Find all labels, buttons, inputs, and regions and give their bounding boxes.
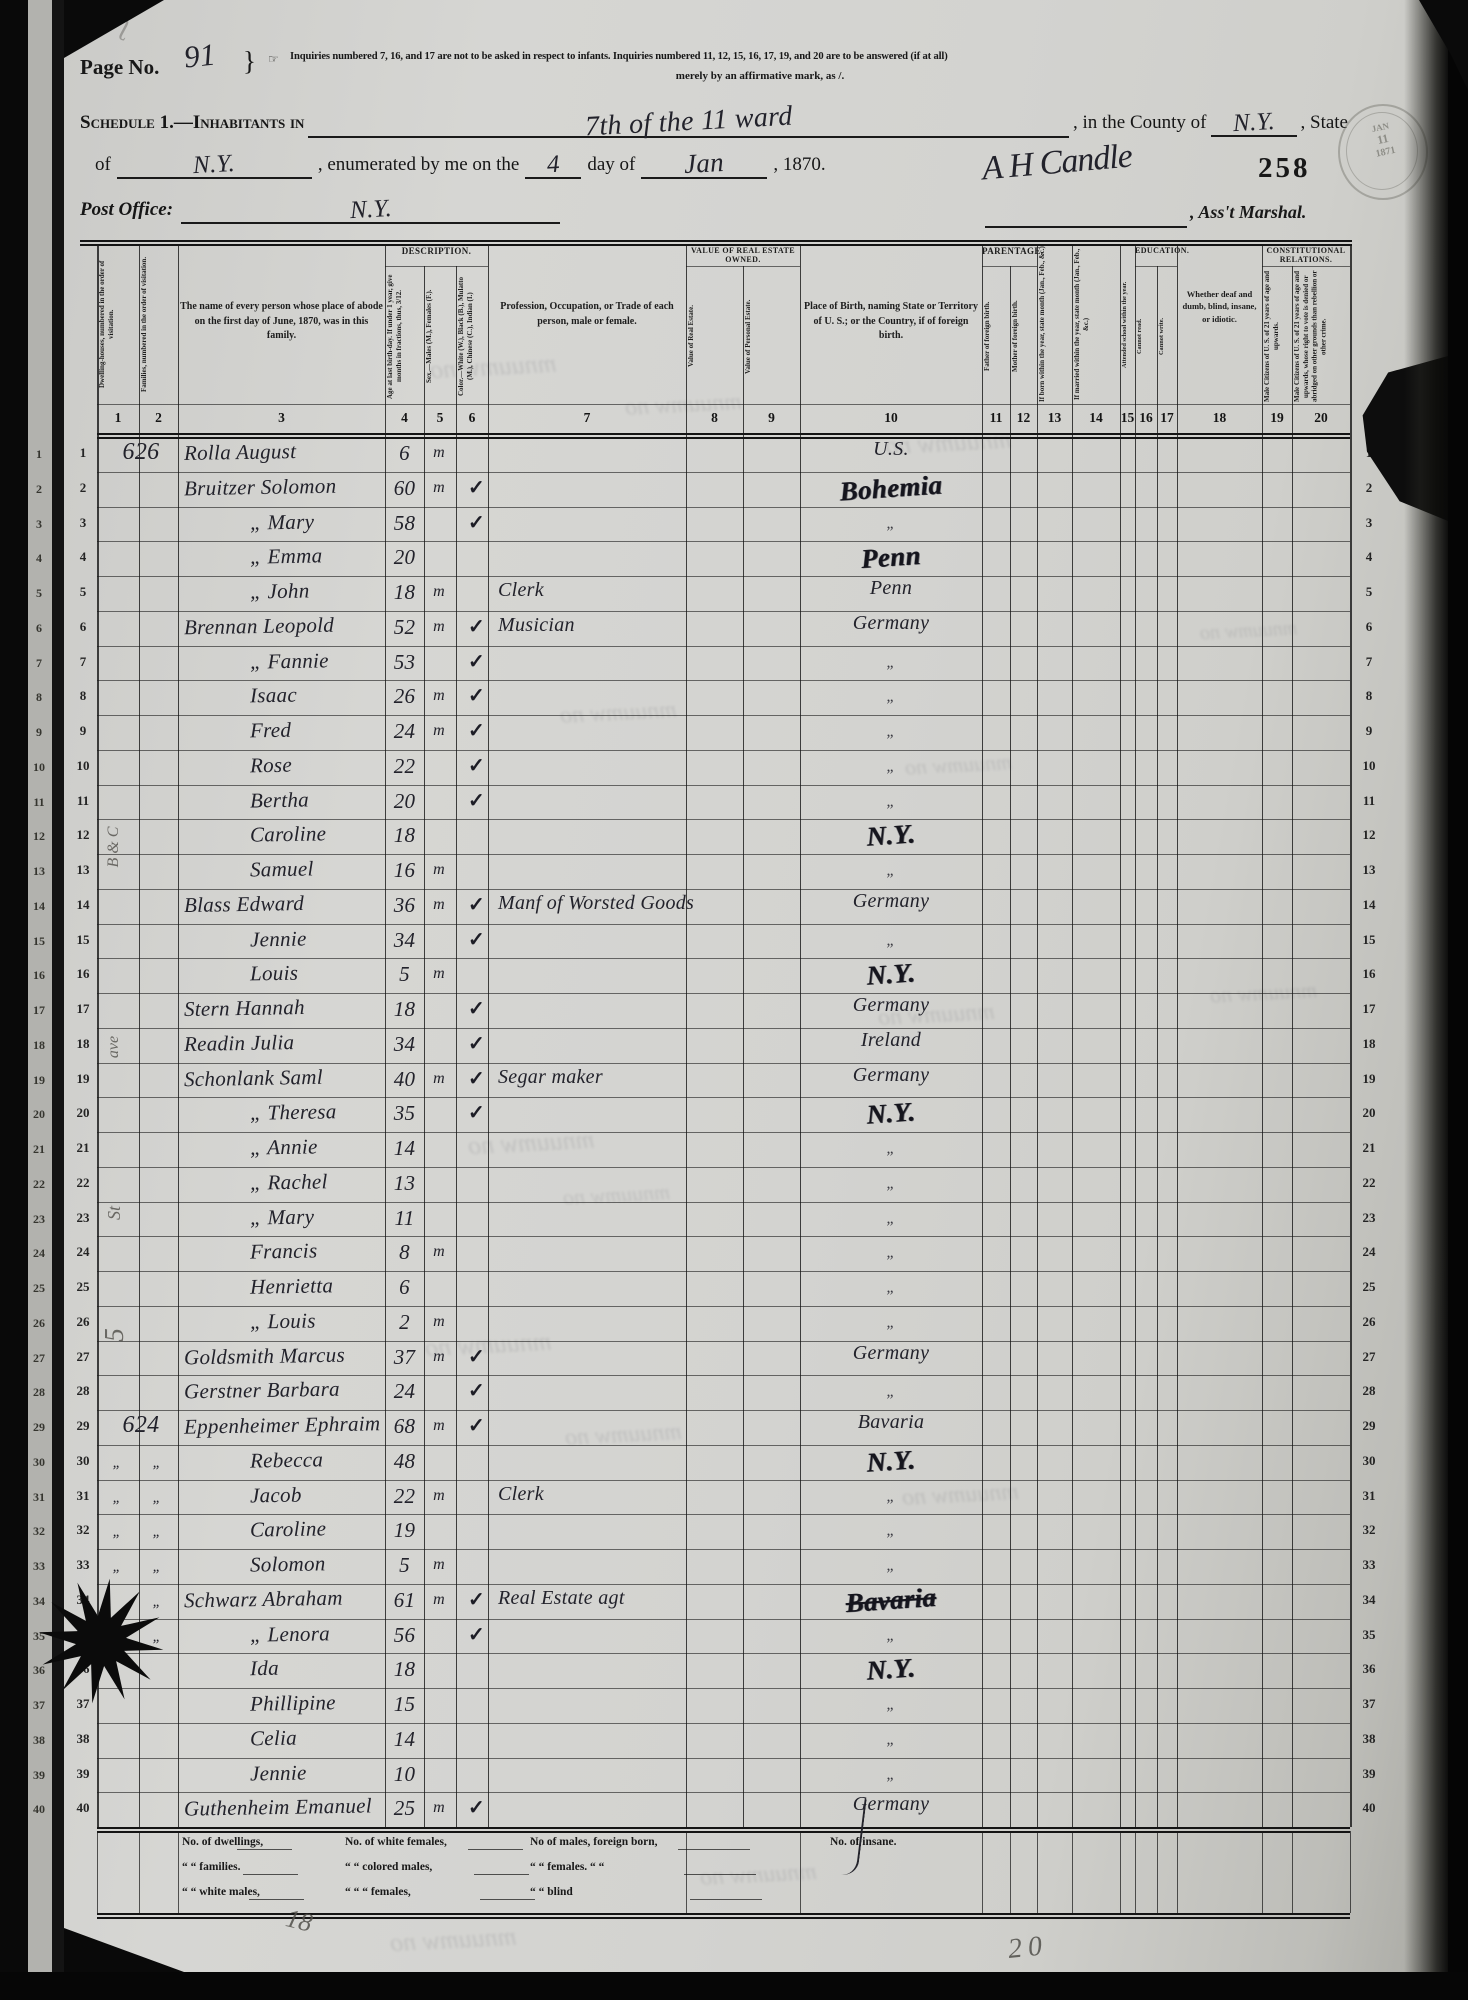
table-rule: [97, 1723, 1350, 1724]
column-number: 19: [1262, 410, 1292, 426]
sliver-row-number: 19: [29, 1073, 49, 1088]
column-number: 10: [800, 410, 982, 426]
footer-tally-blank: [237, 1849, 292, 1850]
cell-age: 25: [385, 1796, 424, 1821]
sliver-row-number: 34: [29, 1594, 49, 1609]
day-blank: 4: [525, 149, 581, 179]
cell-age: 15: [385, 1692, 424, 1717]
row-number-left: 7: [72, 654, 94, 670]
cell-name: Goldsmith Marcus: [184, 1342, 345, 1370]
sliver-row-number: 13: [29, 864, 49, 879]
column-number: 7: [488, 410, 686, 426]
cell-birthplace: „: [802, 1696, 980, 1714]
sliver-row-number: 32: [29, 1524, 49, 1539]
cell-sex: m: [424, 1556, 454, 1574]
cell-birthplace: „: [802, 758, 980, 776]
cell-name: Jacob: [250, 1482, 302, 1508]
sliver-row-number: 15: [29, 934, 49, 949]
signature-rule: [985, 226, 1187, 228]
cell-age: 16: [385, 858, 424, 883]
cell-dwelling: „: [106, 1490, 128, 1507]
table-rule: [97, 1792, 1350, 1793]
table-rule: [97, 1375, 1350, 1376]
cell-checkmark: ✓: [468, 753, 492, 778]
column-header: Age at last birth-day. If under 1 year, …: [386, 270, 423, 403]
margin-street-note: ave: [79, 1017, 149, 1077]
row-number-right: 30: [1356, 1453, 1382, 1469]
cell-name: Solomon: [250, 1551, 326, 1577]
cell-age: 18: [385, 823, 424, 848]
row-number-right: 10: [1356, 758, 1382, 774]
cell-sex: m: [424, 618, 454, 636]
cell-age: 58: [385, 511, 424, 536]
column-line: [743, 266, 744, 1827]
row-number-right: 19: [1356, 1071, 1382, 1087]
table-rule: [97, 785, 1350, 786]
month-value: Jan: [684, 147, 725, 180]
schedule-label: Schedule 1.—Inhabitants in: [80, 112, 304, 134]
cell-age: 60: [385, 476, 424, 501]
row-number-right: 26: [1356, 1314, 1382, 1330]
column-line: [1010, 266, 1011, 1827]
cell-checkmark: ✓: [468, 1413, 492, 1438]
table-rule: [97, 1758, 1350, 1759]
column-header: The name of every person whose place of …: [180, 300, 383, 344]
sliver-row-number: 2: [29, 482, 49, 497]
column-line: [1120, 244, 1121, 1827]
table-rule: [97, 1913, 1350, 1915]
column-number: 1: [97, 410, 139, 426]
column-line: [1292, 266, 1293, 1827]
table-rule: [97, 1831, 1350, 1833]
inquiries-note-line1: Inquiries numbered 7, 16, and 17 are not…: [290, 51, 1135, 62]
cell-age: 35: [385, 1101, 424, 1126]
cell-sex: m: [424, 1313, 454, 1331]
post-office-line: Post Office: N.Y.: [80, 194, 560, 224]
row-number-right: 2: [1356, 480, 1382, 496]
footer-column-line: [1120, 1831, 1121, 1913]
table-rule: [97, 924, 1350, 925]
column-header: Profession, Occupation, or Trade of each…: [490, 300, 684, 329]
column-line: [456, 266, 457, 1827]
cell-name: Readin Julia: [184, 1030, 295, 1057]
row-number-right: 28: [1356, 1383, 1382, 1399]
column-number: 11: [982, 410, 1010, 426]
cell-age: 48: [385, 1449, 424, 1474]
footer-column-line: [1262, 1831, 1263, 1913]
row-number-left: 21: [72, 1140, 94, 1156]
ward-value: 7th of the 11 ward: [584, 101, 793, 144]
county-value: N.Y.: [1232, 108, 1275, 138]
cell-age: 14: [385, 1727, 424, 1752]
cell-birthplace: „: [802, 1314, 980, 1332]
row-number-left: 14: [72, 897, 94, 913]
cell-name: Henrietta: [250, 1273, 334, 1299]
row-number-right: 21: [1356, 1140, 1382, 1156]
row-number-left: 1: [72, 445, 94, 461]
cell-age: 34: [385, 1032, 424, 1057]
cell-sex: m: [424, 583, 454, 601]
table-rule: [97, 993, 1350, 994]
footer-tally-label: “ “ “ females,: [345, 1886, 411, 1898]
column-line: [178, 244, 179, 1827]
table-rule: [1135, 266, 1177, 267]
footer-column-line: [1037, 1831, 1038, 1913]
table-rule: [97, 1584, 1350, 1585]
column-group-header: Value of Real Estate Owned.: [686, 246, 800, 264]
cell-birthplace: Germany: [802, 890, 980, 913]
cell-name: Rolla August: [184, 439, 297, 466]
table-rule: [97, 750, 1350, 751]
cell-checkmark: ✓: [468, 1100, 492, 1125]
cell-age: 20: [385, 789, 424, 814]
table-rule: [97, 958, 1350, 959]
cell-age: 2: [385, 1310, 424, 1335]
footer-tally-blank: [684, 1874, 756, 1875]
sliver-row-number: 35: [29, 1629, 49, 1644]
cell-occupation: Manf of Worsted Goods: [498, 892, 694, 915]
sliver-row-number: 28: [29, 1385, 49, 1400]
cell-name: Jennie: [250, 1760, 307, 1786]
column-number: 12: [1010, 410, 1037, 426]
row-number-right: 17: [1356, 1001, 1382, 1017]
footer-column-line: [1010, 1831, 1011, 1913]
cell-name: Jennie: [250, 926, 307, 952]
row-number-right: 13: [1356, 862, 1382, 878]
column-number: 20: [1292, 410, 1350, 426]
sliver-row-number: 38: [29, 1733, 49, 1748]
column-number: 4: [385, 410, 424, 426]
cell-sex: m: [424, 1243, 454, 1261]
column-number: 8: [686, 410, 743, 426]
sliver-row-number: 11: [29, 795, 49, 810]
pencil-number-right: 20: [1006, 1930, 1049, 1966]
cell-name: Ida: [250, 1656, 279, 1682]
row-number-left: 17: [72, 1001, 94, 1017]
cell-name: Rebecca: [250, 1447, 324, 1473]
cell-birthplace: „: [802, 862, 980, 880]
cell-occupation: Segar maker: [498, 1066, 603, 1089]
column-number: 17: [1157, 410, 1177, 426]
cell-checkmark: ✓: [468, 1066, 492, 1091]
row-number-right: 9: [1356, 723, 1382, 739]
cell-checkmark: ✓: [468, 892, 492, 917]
state-value: N.Y.: [193, 150, 236, 180]
table-rule: [97, 1306, 1350, 1307]
row-number-right: 14: [1356, 897, 1382, 913]
column-header: Place of Birth, naming State or Territor…: [802, 300, 980, 344]
row-number-right: 8: [1356, 688, 1382, 704]
row-number-right: 22: [1356, 1175, 1382, 1191]
cell-checkmark: ✓: [468, 1031, 492, 1056]
cell-family: „: [146, 1629, 168, 1646]
cell-age: 52: [385, 615, 424, 640]
row-number-left: 9: [72, 723, 94, 739]
row-number-right: 34: [1356, 1592, 1382, 1608]
sliver-row-number: 16: [29, 968, 49, 983]
row-number-left: 5: [72, 584, 94, 600]
sliver-row-number: 7: [29, 656, 49, 671]
pointing-hand-icon: ☞: [268, 52, 279, 67]
column-number: 16: [1135, 410, 1157, 426]
sliver-row-number: 29: [29, 1420, 49, 1435]
column-line: [1262, 244, 1263, 1827]
cell-birthplace: „: [802, 688, 980, 706]
cell-age: 18: [385, 1657, 424, 1682]
cell-birthplace: „: [802, 1175, 980, 1193]
cell-sex: m: [424, 479, 454, 497]
of-label: of: [95, 154, 111, 176]
table-rule: [97, 1917, 1350, 1919]
row-number-right: 6: [1356, 619, 1382, 635]
row-number-left: 40: [72, 1800, 94, 1816]
row-number-left: 6: [72, 619, 94, 635]
row-number-right: 24: [1356, 1244, 1382, 1260]
schedule-line: Schedule 1.—Inhabitants in 7th of the 11…: [80, 104, 1348, 138]
row-number-left: 20: [72, 1105, 94, 1121]
cell-name: Caroline: [250, 1517, 327, 1543]
page-no-value: 91: [182, 36, 217, 75]
table-rule: [97, 433, 1350, 435]
column-header: If born within the year, state month (Ja…: [1038, 246, 1071, 403]
footer-tally-blank: [480, 1899, 535, 1900]
table-rule: [97, 819, 1350, 820]
sliver-row-number: 18: [29, 1038, 49, 1053]
footer-column-line: [1177, 1831, 1178, 1913]
cell-birthplace: „: [802, 1731, 980, 1749]
cell-birthplace: „: [802, 1210, 980, 1228]
table-rule: [97, 1653, 1350, 1654]
census-schedule-scan: Page No. 91 } ʅ ☞ Inquiries numbered 7, …: [0, 0, 1468, 2000]
cell-family: „: [146, 1559, 168, 1576]
cell-name: „ Louis: [250, 1308, 316, 1334]
cell-age: 6: [385, 1275, 424, 1300]
post-office-label: Post Office:: [80, 199, 173, 221]
cell-checkmark: ✓: [468, 718, 492, 743]
post-office-blank: N.Y.: [181, 194, 560, 224]
cell-birthplace: Germany: [802, 994, 980, 1017]
sheet-number: 258: [1258, 152, 1311, 185]
row-number-left: 10: [72, 758, 94, 774]
sliver-row-number: 20: [29, 1107, 49, 1122]
cell-name: Bruitzer Solomon: [184, 473, 337, 501]
cell-birthplace: „: [802, 654, 980, 672]
row-number-right: 7: [1356, 654, 1382, 670]
row-number-left: 28: [72, 1383, 94, 1399]
row-number-right: 31: [1356, 1488, 1382, 1504]
cell-name: Brennan Leopold: [184, 612, 335, 640]
column-header: Cannot read.: [1136, 270, 1156, 403]
row-number-left: 16: [72, 966, 94, 982]
cell-checkmark: ✓: [468, 683, 492, 708]
footer-tally-blank: [243, 1874, 298, 1875]
cell-sex: m: [424, 861, 454, 879]
cell-name: Louis: [250, 961, 299, 987]
cell-age: 10: [385, 1762, 424, 1787]
footer-tally-label: No of males, foreign born,: [530, 1836, 658, 1848]
cell-age: 61: [385, 1588, 424, 1613]
footer-column-line: [178, 1831, 179, 1913]
cell-age: 56: [385, 1623, 424, 1648]
sliver-row-number: 8: [29, 690, 49, 705]
cell-sex: m: [424, 1417, 454, 1435]
ward-blank: 7th of the 11 ward: [308, 104, 1069, 138]
sliver-row-number: 14: [29, 899, 49, 914]
footer-tally-blank: [690, 1899, 762, 1900]
table-rule: [97, 1236, 1350, 1237]
column-header: Sex.—Males (M.), Females (F.).: [425, 270, 455, 403]
cell-birthplace: „: [802, 723, 980, 741]
cell-name: Francis: [250, 1239, 318, 1265]
table-rule: [97, 1445, 1350, 1446]
cell-sex: m: [424, 1591, 454, 1609]
cell-name: Bertha: [250, 787, 309, 813]
column-header: Whether deaf and dumb, blind, insane, or…: [1179, 288, 1260, 325]
cell-family: „: [146, 1455, 168, 1472]
column-number: 18: [1177, 410, 1262, 426]
cell-age: 18: [385, 997, 424, 1022]
cell-birthplace: „: [802, 1279, 980, 1297]
cell-birthplace: „: [802, 793, 980, 811]
cell-birthplace: „: [802, 932, 980, 950]
cell-age: 5: [385, 1553, 424, 1578]
footer-tally-blank: [249, 1899, 304, 1900]
cell-birthplace: Germany: [802, 1342, 980, 1365]
cell-checkmark: ✓: [468, 996, 492, 1021]
cell-name: Blass Edward: [184, 891, 305, 918]
cell-birthplace: „: [802, 1244, 980, 1262]
sliver-row-number: 9: [29, 725, 49, 740]
row-number-left: 3: [72, 515, 94, 531]
cell-birthplace: „: [802, 1627, 980, 1645]
row-number-left: 32: [72, 1522, 94, 1538]
cell-birthplace: „: [802, 1488, 980, 1506]
table-rule: [97, 1028, 1350, 1029]
cell-name: „ Rachel: [250, 1169, 328, 1195]
column-number: 15: [1120, 410, 1135, 426]
cell-birthplace: „: [802, 1383, 980, 1401]
table-rule: [97, 1514, 1350, 1515]
page-gap-shadow: [52, 0, 64, 1972]
footer-column-line: [139, 1831, 140, 1913]
cell-checkmark: ✓: [468, 927, 492, 952]
row-number-right: 4: [1356, 549, 1382, 565]
page-no-label: Page No.: [80, 55, 159, 80]
column-line: [1072, 244, 1073, 1827]
cell-checkmark: ✓: [468, 1587, 492, 1612]
footer-column-line: [800, 1831, 801, 1913]
county-label: , in the County of: [1073, 112, 1207, 134]
column-header: Attended school within the year.: [1121, 246, 1134, 403]
column-header: Value of Personal Estate.: [744, 270, 799, 403]
cell-checkmark: ✓: [468, 1378, 492, 1403]
sliver-row-number: 23: [29, 1212, 49, 1227]
table-rule: [80, 240, 1352, 242]
column-number: 9: [743, 410, 800, 426]
cell-checkmark: ✓: [468, 788, 492, 813]
column-line: [1135, 244, 1136, 1827]
cell-sex: m: [424, 965, 454, 983]
table-rule: [97, 1410, 1350, 1411]
footer-column-line: [1157, 1831, 1158, 1913]
cell-name: Eppenheimer Ephraim: [184, 1411, 381, 1439]
column-number: 5: [424, 410, 456, 426]
cell-sex: m: [424, 1348, 454, 1366]
cell-birthplace: Penn: [802, 577, 980, 600]
cell-age: 19: [385, 1518, 424, 1543]
footer-insane-label: No. of insane.: [830, 1836, 896, 1848]
cell-sex: m: [424, 444, 454, 462]
table-rule: [97, 680, 1350, 681]
cell-name: Samuel: [250, 856, 314, 882]
column-header: Families, numbered in the order of visit…: [140, 246, 177, 403]
day-of-label: day of: [587, 154, 635, 176]
cell-name: Schwarz Abraham: [184, 1585, 343, 1613]
day-value: 4: [546, 151, 560, 180]
cell-checkmark: ✓: [468, 649, 492, 674]
cell-name: „ John: [250, 578, 310, 604]
column-line: [982, 244, 983, 1827]
column-header: Father of foreign birth.: [983, 270, 1009, 403]
column-header: Cannot write.: [1158, 270, 1176, 403]
sliver-row-number: 4: [29, 551, 49, 566]
row-number-right: 37: [1356, 1696, 1382, 1712]
footer-column-line: [1292, 1831, 1293, 1913]
column-group-header: Parentage.: [982, 246, 1037, 256]
column-header: If married within the year, state month …: [1073, 246, 1119, 403]
sliver-row-number: 17: [29, 1003, 49, 1018]
footer-tally-label: No. of white females,: [345, 1836, 447, 1848]
cell-age: 40: [385, 1067, 424, 1092]
table-rule: [97, 1827, 1350, 1829]
cell-sex: m: [424, 687, 454, 705]
row-number-left: 29: [72, 1418, 94, 1434]
cell-age: 8: [385, 1240, 424, 1265]
column-number: 13: [1037, 410, 1072, 426]
row-number-left: 37: [72, 1696, 94, 1712]
cell-sex: m: [424, 1487, 454, 1505]
table-rule: [385, 266, 488, 267]
cell-age: 34: [385, 928, 424, 953]
footer-tally-label: “ “ families.: [182, 1861, 240, 1873]
enumeration-line: of N.Y. , enumerated by me on the 4 day …: [95, 146, 1000, 179]
table-rule: [97, 611, 1350, 612]
footer-column-line: [1072, 1831, 1073, 1913]
row-number-right: 12: [1356, 827, 1382, 843]
footer-column-line: [97, 1831, 98, 1913]
cell-name: Rose: [250, 752, 292, 778]
cell-birthplace: Ireland: [802, 1029, 980, 1052]
row-number-left: 33: [72, 1557, 94, 1573]
cell-checkmark: ✓: [468, 475, 492, 500]
cell-sex: m: [424, 1070, 454, 1088]
cell-birthplace: „: [802, 1140, 980, 1158]
table-rule: [97, 541, 1350, 542]
sliver-row-number: 1: [29, 447, 49, 462]
page-no-brace: }: [243, 46, 256, 77]
row-number-right: 20: [1356, 1105, 1382, 1121]
column-header: Color.—White (W.), Black (B.), Mulatto (…: [457, 270, 487, 403]
sliver-row-number: 40: [29, 1802, 49, 1817]
footer-tally-label: “ “ colored males,: [345, 1861, 432, 1873]
footer-tally-blank: [468, 1849, 523, 1850]
cell-checkmark: ✓: [468, 1795, 492, 1820]
cell-age: 26: [385, 684, 424, 709]
sliver-row-number: 26: [29, 1316, 49, 1331]
table-rule: [97, 1480, 1350, 1481]
cell-name: Gerstner Barbara: [184, 1377, 340, 1405]
row-number-right: 18: [1356, 1036, 1382, 1052]
